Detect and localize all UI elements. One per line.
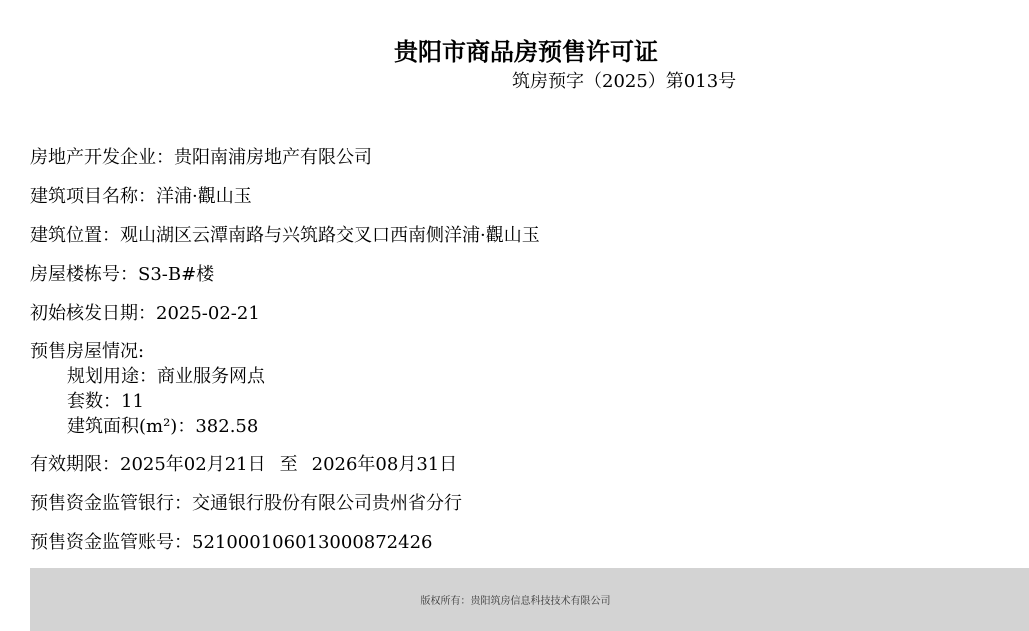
presale-status-label: 预售房屋情况: bbox=[30, 340, 1020, 364]
validity-row: 有效期限：2025年02月21日至2026年08月31日 bbox=[30, 452, 1020, 478]
planned-use-value: 商业服务网点 bbox=[157, 366, 265, 387]
project-name-value: 洋浦·觀山玉 bbox=[156, 186, 252, 207]
floor-area-label: 建筑面积(m²)： bbox=[67, 416, 195, 437]
supervising-account-row: 预售资金监管账号：521000106013000872426 bbox=[30, 530, 1020, 556]
page-title: 贵阳市商品房预售许可证 bbox=[0, 36, 1029, 68]
initial-issue-date-row: 初始核发日期：2025-02-21 bbox=[30, 301, 1020, 327]
footer: 版权所有：贵阳筑房信息科技技术有限公司 bbox=[30, 568, 1029, 631]
building-no-value: S3-B#楼 bbox=[138, 264, 214, 285]
project-name-label: 建筑项目名称： bbox=[30, 186, 156, 207]
units-value: 11 bbox=[121, 391, 144, 412]
presale-status-group: 预售房屋情况: 规划用途：商业服务网点 套数：11 建筑面积(m²)：382.5… bbox=[30, 340, 1020, 439]
planned-use-row: 规划用途：商业服务网点 bbox=[30, 364, 1020, 389]
copyright-text: 版权所有：贵阳筑房信息科技技术有限公司 bbox=[421, 592, 611, 607]
validity-start: 2025年02月21日 bbox=[120, 454, 266, 475]
permit-details: 房地产开发企业：贵阳南浦房地产有限公司 建筑项目名称：洋浦·觀山玉 建筑位置：观… bbox=[30, 145, 1020, 569]
project-name-row: 建筑项目名称：洋浦·觀山玉 bbox=[30, 184, 1020, 210]
developer-row: 房地产开发企业：贵阳南浦房地产有限公司 bbox=[30, 145, 1020, 171]
developer-label: 房地产开发企业： bbox=[30, 147, 174, 168]
building-no-row: 房屋楼栋号：S3-B#楼 bbox=[30, 262, 1020, 288]
building-no-label: 房屋楼栋号： bbox=[30, 264, 138, 285]
developer-value: 贵阳南浦房地产有限公司 bbox=[174, 147, 372, 168]
validity-label: 有效期限： bbox=[30, 454, 120, 475]
supervising-account-label: 预售资金监管账号： bbox=[30, 532, 192, 553]
supervising-bank-label: 预售资金监管银行： bbox=[30, 493, 192, 514]
initial-issue-date-value: 2025-02-21 bbox=[156, 303, 260, 324]
permit-number: 筑房预字（2025）第013号 bbox=[512, 70, 736, 94]
initial-issue-date-label: 初始核发日期： bbox=[30, 303, 156, 324]
location-label: 建筑位置： bbox=[30, 225, 120, 246]
location-row: 建筑位置：观山湖区云潭南路与兴筑路交叉口西南侧洋浦·觀山玉 bbox=[30, 223, 1020, 249]
planned-use-label: 规划用途： bbox=[67, 366, 157, 387]
units-row: 套数：11 bbox=[30, 389, 1020, 414]
supervising-bank-row: 预售资金监管银行：交通银行股份有限公司贵州省分行 bbox=[30, 491, 1020, 517]
floor-area-value: 382.58 bbox=[195, 416, 258, 437]
validity-to: 至 bbox=[266, 452, 312, 478]
validity-end: 2026年08月31日 bbox=[312, 454, 458, 475]
floor-area-row: 建筑面积(m²)：382.58 bbox=[30, 414, 1020, 439]
units-label: 套数： bbox=[67, 391, 121, 412]
supervising-account-value: 521000106013000872426 bbox=[192, 532, 433, 553]
location-value: 观山湖区云潭南路与兴筑路交叉口西南侧洋浦·觀山玉 bbox=[120, 225, 540, 246]
supervising-bank-value: 交通银行股份有限公司贵州省分行 bbox=[192, 493, 462, 514]
